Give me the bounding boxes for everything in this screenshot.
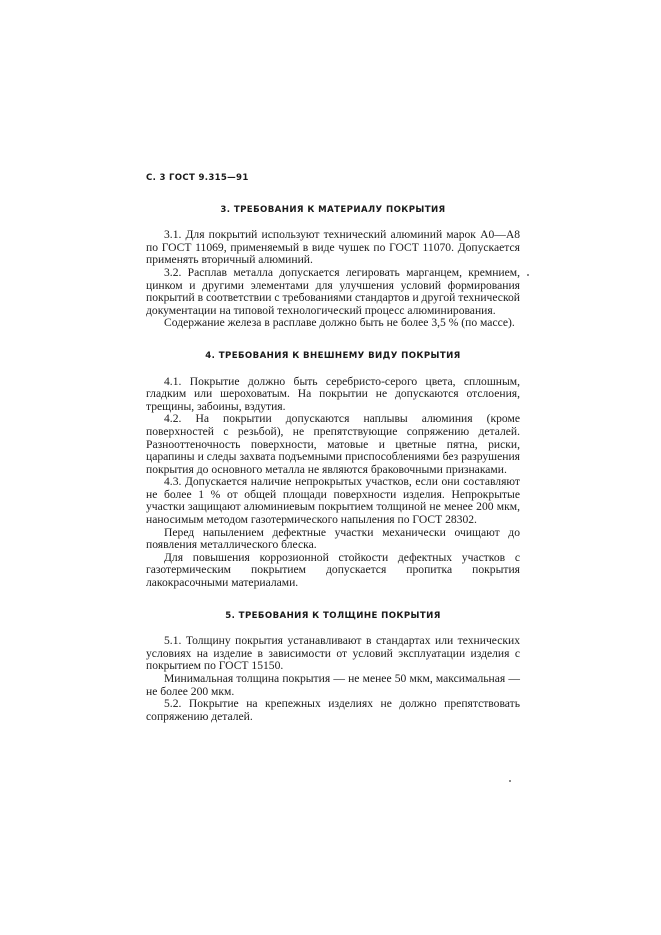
section-thickness-requirements: 5. ТРЕБОВАНИЯ К ТОЛЩИНЕ ПОКРЫТИЯ 5.1. То… <box>146 610 520 724</box>
section-title: 5. ТРЕБОВАНИЯ К ТОЛЩИНЕ ПОКРЫТИЯ <box>146 610 520 623</box>
paragraph-3-1: 3.1. Для покрытий используют технический… <box>146 229 520 267</box>
paragraph-pre-spraying: Перед напылением дефектные участки механ… <box>146 527 520 552</box>
paragraph-5-1: 5.1. Толщину покрытия устанавливают в ст… <box>146 635 520 673</box>
paragraph-4-2: 4.2. На покрытии допускаются наплывы алю… <box>146 413 520 476</box>
paragraph-4-1: 4.1. Покрытие должно быть серебристо-сер… <box>146 376 520 414</box>
paragraph-iron-content: Содержание железа в расплаве должно быть… <box>146 317 520 330</box>
paragraph-impregnation: Для повышения коррозионной стойкости деф… <box>146 552 520 590</box>
paragraph-4-3: 4.3. Допускается наличие непрокрытых уча… <box>146 476 520 526</box>
section-material-requirements: 3. ТРЕБОВАНИЯ К МАТЕРИАЛУ ПОКРЫТИЯ 3.1. … <box>146 204 520 330</box>
scan-speck <box>527 274 529 276</box>
paragraph-min-max-thickness: Минимальная толщина покрытия — не менее … <box>146 673 520 698</box>
section-title: 4. ТРЕБОВАНИЯ К ВНЕШНЕМУ ВИДУ ПОКРЫТИЯ <box>146 350 520 363</box>
running-head: С. 3 ГОСТ 9.315—91 <box>146 172 520 185</box>
document-page: С. 3 ГОСТ 9.315—91 3. ТРЕБОВАНИЯ К МАТЕР… <box>146 172 520 743</box>
section-appearance-requirements: 4. ТРЕБОВАНИЯ К ВНЕШНЕМУ ВИДУ ПОКРЫТИЯ 4… <box>146 350 520 590</box>
paragraph-3-2: 3.2. Расплав металла допускается легиров… <box>146 267 520 317</box>
scan-speck <box>509 780 511 782</box>
paragraph-5-2: 5.2. Покрытие на крепежных изделиях не д… <box>146 698 520 723</box>
section-title: 3. ТРЕБОВАНИЯ К МАТЕРИАЛУ ПОКРЫТИЯ <box>146 204 520 217</box>
